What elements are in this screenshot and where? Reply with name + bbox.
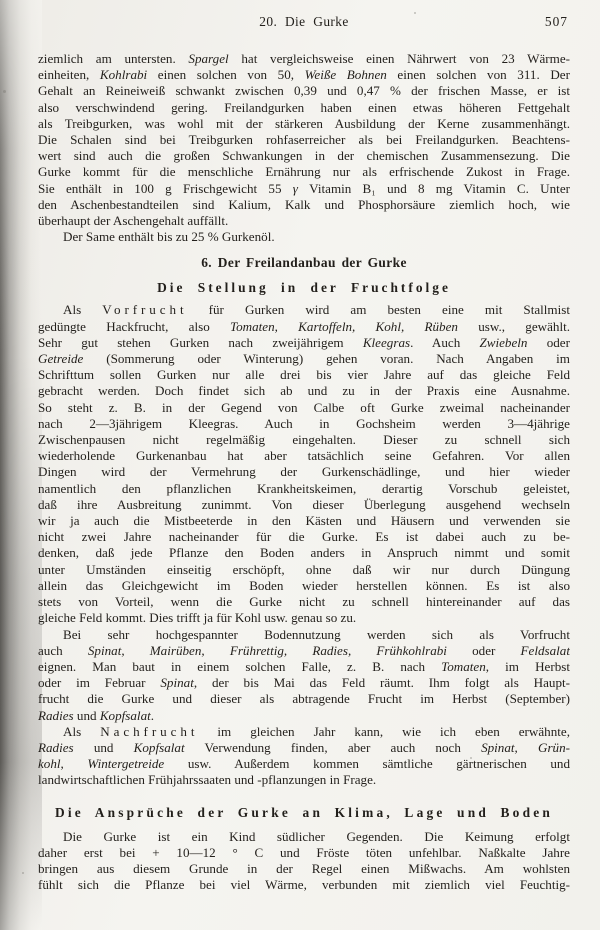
letterspaced-text-run: Vorfrucht xyxy=(102,302,187,317)
text-line: namentlich den pflanzlichen Krankheitske… xyxy=(38,481,570,497)
text-run: oder im Februar xyxy=(38,675,160,690)
text-run: Die Gurke ist ein Kind südlicher Gegende… xyxy=(63,829,570,844)
text-run: namentlich den pflanzlichen Krankheitske… xyxy=(38,481,570,496)
text-line: den Aschenbestandteilen sind Kalium, Kal… xyxy=(38,197,570,213)
text-line: Als Vorfrucht für Gurken wird am besten … xyxy=(38,302,570,318)
page-header: 20. Die Gurke 507 xyxy=(38,14,570,32)
text-line: So steht z. B. in der Gegend von Calbe o… xyxy=(38,400,570,416)
text-run: oder xyxy=(447,643,521,658)
heading-level-3: Die Ansprüche der Gurke an Klima, Lage u… xyxy=(38,804,570,822)
text-run: So steht z. B. in der Gegend von Calbe o… xyxy=(38,400,570,415)
text-run: Gehalt an Reineiweiß schwankt zwischen 0… xyxy=(38,83,570,98)
text-run: daß ihre Ausbreitung zunimmt. Von dieser… xyxy=(38,497,570,512)
gutter-shadow xyxy=(0,0,42,930)
text-line: Getreide (Sommerung oder Winterung) gehe… xyxy=(38,351,570,367)
text-run: also verschwindend gering. Freilandgurke… xyxy=(38,100,570,115)
text-run: einen solchen von 50, xyxy=(147,67,304,82)
text-run: oder xyxy=(527,335,570,350)
text-line: daß ihre Ausbreitung zunimmt. Von dieser… xyxy=(38,497,570,513)
scan-speck xyxy=(22,872,24,874)
letterspaced-text-run: Nachfrucht xyxy=(100,724,198,739)
italic-text-run: Spargel xyxy=(188,51,228,66)
scan-speck xyxy=(3,90,6,93)
text-line: gebracht werden. Doch findet sich ab und… xyxy=(38,383,570,399)
text-run: Der Same enthält bis zu 25 % Gurkenöl. xyxy=(63,229,275,244)
text-line: Dingen wird der Vermehrung der Gurkensch… xyxy=(38,464,570,480)
text-run: Zwischenpausen nicht regelmäßig eingehal… xyxy=(38,432,570,447)
gutter-shadow-tone xyxy=(0,0,42,930)
text-run: Bei sehr hochgespannter Bodennutzung wer… xyxy=(63,627,570,642)
text-run: Schrifttum sollen Gurken nur alle drei b… xyxy=(38,367,570,382)
text-run: wert sind auch die großen Schwankungen i… xyxy=(38,148,570,163)
text-run: Dingen wird der Vermehrung der Gurkensch… xyxy=(38,464,570,479)
text-run: Gurke kommt für die menschliche Ernährun… xyxy=(38,164,570,179)
text-line: nach 2—3jährigem Kleegras. Auch in Gochs… xyxy=(38,416,570,432)
text-line: Gurke kommt für die menschliche Ernährun… xyxy=(38,164,570,180)
text-run: gebracht werden. Doch findet sich ab und… xyxy=(38,383,570,398)
italic-text-run: Tomaten, Kartoffeln, Kohl, Rüben xyxy=(230,319,458,334)
italic-text-run: Spinat, Grün- xyxy=(481,740,570,755)
paragraph: Die Gurke ist ein Kind südlicher Gegende… xyxy=(38,829,570,894)
text-run: auch xyxy=(38,643,88,658)
text-line: kohl, Wintergetreide usw. Außerdem komme… xyxy=(38,756,570,772)
text-run: denken, daß jede Pflanze den Boden ander… xyxy=(38,545,570,560)
text-run: nicht zwei Jahre nacheinander für die Gu… xyxy=(38,529,570,544)
text-line: Radies und Kopfsalat. xyxy=(38,708,570,724)
italic-text-run: kohl, Wintergetreide xyxy=(38,756,164,771)
book-page: 20. Die Gurke 507 ziemlich am untersten.… xyxy=(0,0,600,930)
running-chapter-title: 20. Die Gurke xyxy=(259,14,348,30)
text-line: Radies und Kopfsalat Verwendung finden, … xyxy=(38,740,570,756)
text-run: , im Herbst xyxy=(486,659,570,674)
text-run: überhaupt der Aschengehalt auffällt. xyxy=(38,213,228,228)
text-body: ziemlich am untersten. Spargel hat vergl… xyxy=(38,51,570,893)
heading-level-2: Die Stellung in der Fruchtfolge xyxy=(38,279,570,297)
text-run: bringen aus diesem Grunde in der Regel e… xyxy=(38,861,570,876)
text-line: denken, daß jede Pflanze den Boden ander… xyxy=(38,545,570,561)
text-line: Als Nachfrucht im gleichen Jahr kann, wi… xyxy=(38,724,570,740)
italic-text-run: Radies xyxy=(38,708,74,723)
text-line: einheiten, Kohlrabi einen solchen von 50… xyxy=(38,67,570,83)
text-run: stets von Vorteil, wenn die Gurke nicht … xyxy=(38,594,570,609)
text-run: , der bis Mai das Feld räumt. Ihm folgt … xyxy=(194,675,570,690)
italic-text-run: Kleegras xyxy=(363,335,410,350)
text-run: für Gurken wird am besten eine mit Stall… xyxy=(188,302,570,317)
text-run: landwirtschaftlichen Frühjahrssaaten und… xyxy=(38,772,376,787)
text-run: . Auch xyxy=(410,335,479,350)
text-run: Sie enthält in 100 g Frischgewicht 55 xyxy=(38,181,293,196)
text-line: also verschwindend gering. Freilandgurke… xyxy=(38,100,570,116)
text-run: einheiten, xyxy=(38,67,100,82)
text-line: allein das Gleichgewicht im Boden wieder… xyxy=(38,578,570,594)
text-line: nicht zwei Jahre nacheinander für die Gu… xyxy=(38,529,570,545)
italic-text-run: Feldsalat xyxy=(521,643,570,658)
paragraph: Bei sehr hochgespannter Bodennutzung wer… xyxy=(38,627,570,724)
text-line: wiederholende Gurkenanbau hat aber tatsä… xyxy=(38,448,570,464)
text-run: einen solchen von 311. Der xyxy=(387,67,570,82)
heading-level-1: 6. Der Freilandanbau der Gurke xyxy=(38,254,570,272)
text-line: Sie enthält in 100 g Frischgewicht 55 γ … xyxy=(38,181,570,197)
text-line: Gehalt an Reineiweiß schwankt zwischen 0… xyxy=(38,83,570,99)
text-line: Sehr gut stehen Gurken nach zweijährigem… xyxy=(38,335,570,351)
text-run: wiederholende Gurkenanbau hat aber tatsä… xyxy=(38,448,570,463)
text-run: gedüngte Hackfrucht, also xyxy=(38,319,230,334)
italic-text-run: Getreide xyxy=(38,351,83,366)
text-run: hat vergleichsweise einen Nährwert von 2… xyxy=(229,51,570,66)
text-line: ziemlich am untersten. Spargel hat vergl… xyxy=(38,51,570,67)
text-line: Bei sehr hochgespannter Bodennutzung wer… xyxy=(38,627,570,643)
text-line: daher erst bei + 10—12 ° C und Fröste tö… xyxy=(38,845,570,861)
text-line: wir ja auch die Mistbeeterde in den Käst… xyxy=(38,513,570,529)
text-run: (Sommerung oder Winterung) gehen voran. … xyxy=(83,351,570,366)
text-run: Die Schalen sind bei Treibgurken rohfase… xyxy=(38,132,570,147)
text-run: nach 2—3jährigem Kleegras. Auch in Gochs… xyxy=(38,416,570,431)
page-number: 507 xyxy=(545,14,568,30)
paragraph: Der Same enthält bis zu 25 % Gurkenöl. xyxy=(38,229,570,245)
text-run: Verwendung finden, aber auch noch xyxy=(185,740,481,755)
text-run: fühlt sich die Pflanze bei viel Wärme, v… xyxy=(38,877,570,892)
text-line: eignen. Man baut in einem solchen Falle,… xyxy=(38,659,570,675)
text-run: daher erst bei + 10—12 ° C und Fröste tö… xyxy=(38,845,570,860)
italic-text-run: Kopfsalat xyxy=(100,708,151,723)
text-run: Als xyxy=(63,302,102,317)
paragraph: ziemlich am untersten. Spargel hat vergl… xyxy=(38,51,570,229)
italic-text-run: Kohlrabi xyxy=(100,67,147,82)
text-line: Der Same enthält bis zu 25 % Gurkenöl. xyxy=(38,229,570,245)
text-line: auch Spinat, Mairüben, Frührettig, Radie… xyxy=(38,643,570,659)
text-line: frucht die Gurke und dieser als abtragen… xyxy=(38,691,570,707)
text-line: landwirtschaftlichen Frühjahrssaaten und… xyxy=(38,772,570,788)
italic-text-run: Radies xyxy=(38,740,74,755)
text-run: Sehr gut stehen Gurken nach zweijährigem xyxy=(38,335,363,350)
paragraph: Als Nachfrucht im gleichen Jahr kann, wi… xyxy=(38,724,570,789)
text-line: Schrifttum sollen Gurken nur alle drei b… xyxy=(38,367,570,383)
italic-text-run: Kopfsalat xyxy=(134,740,185,755)
text-line: wert sind auch die großen Schwankungen i… xyxy=(38,148,570,164)
text-line: überhaupt der Aschengehalt auffällt. xyxy=(38,213,570,229)
text-line: als Treibgurken, was wohl mit der stärke… xyxy=(38,116,570,132)
text-run: wir ja auch die Mistbeeterde in den Käst… xyxy=(38,513,570,528)
italic-text-run: Tomaten xyxy=(441,659,486,674)
text-run: und xyxy=(74,708,100,723)
text-run: Als xyxy=(63,724,100,739)
text-run: eignen. Man baut in einem solchen Falle,… xyxy=(38,659,441,674)
text-run: den Aschenbestandteilen sind Kalium, Kal… xyxy=(38,197,570,212)
text-line: Die Schalen sind bei Treibgurken rohfase… xyxy=(38,132,570,148)
text-line: oder im Februar Spinat, der bis Mai das … xyxy=(38,675,570,691)
text-line: stets von Vorteil, wenn die Gurke nicht … xyxy=(38,594,570,610)
text-run: frucht die Gurke und dieser als abtragen… xyxy=(38,691,570,706)
text-run: . xyxy=(151,708,154,723)
text-run: und xyxy=(74,740,134,755)
text-run: ziemlich am untersten. xyxy=(38,51,188,66)
text-block: 20. Die Gurke 507 ziemlich am untersten.… xyxy=(38,14,570,893)
paragraph: Als Vorfrucht für Gurken wird am besten … xyxy=(38,302,570,626)
text-line: bringen aus diesem Grunde in der Regel e… xyxy=(38,861,570,877)
text-line: Zwischenpausen nicht regelmäßig eingehal… xyxy=(38,432,570,448)
text-line: gedüngte Hackfrucht, also Tomaten, Karto… xyxy=(38,319,570,335)
text-run: im gleichen Jahr kann, wie ich eben erwä… xyxy=(198,724,570,739)
text-line: Die Gurke ist ein Kind südlicher Gegende… xyxy=(38,829,570,845)
text-line: fühlt sich die Pflanze bei viel Wärme, v… xyxy=(38,877,570,893)
text-run: usw., gewählt. xyxy=(458,319,570,334)
text-run: Vitamin B₁ und 8 mg Vitamin C. Unter xyxy=(298,181,570,196)
text-run: gleiche Feld kommt. Dies trifft ja für K… xyxy=(38,610,356,625)
text-line: gleiche Feld kommt. Dies trifft ja für K… xyxy=(38,610,570,626)
italic-text-run: Zwiebeln xyxy=(479,335,527,350)
text-run: als Treibgurken, was wohl mit der stärke… xyxy=(38,116,570,131)
text-run: usw. Außerdem kommen sämtliche gärtneris… xyxy=(164,756,570,771)
italic-text-run: Spinat xyxy=(160,675,193,690)
text-run: allein das Gleichgewicht im Boden wieder… xyxy=(38,578,570,593)
italic-text-run: Spinat, Mairüben, Frührettig, Radies, Fr… xyxy=(88,643,447,658)
text-line: unter Umständen einseitig erschöpft, ohn… xyxy=(38,562,570,578)
italic-text-run: Weiße Bohnen xyxy=(305,67,387,82)
text-run: unter Umständen einseitig erschöpft, ohn… xyxy=(38,562,570,577)
